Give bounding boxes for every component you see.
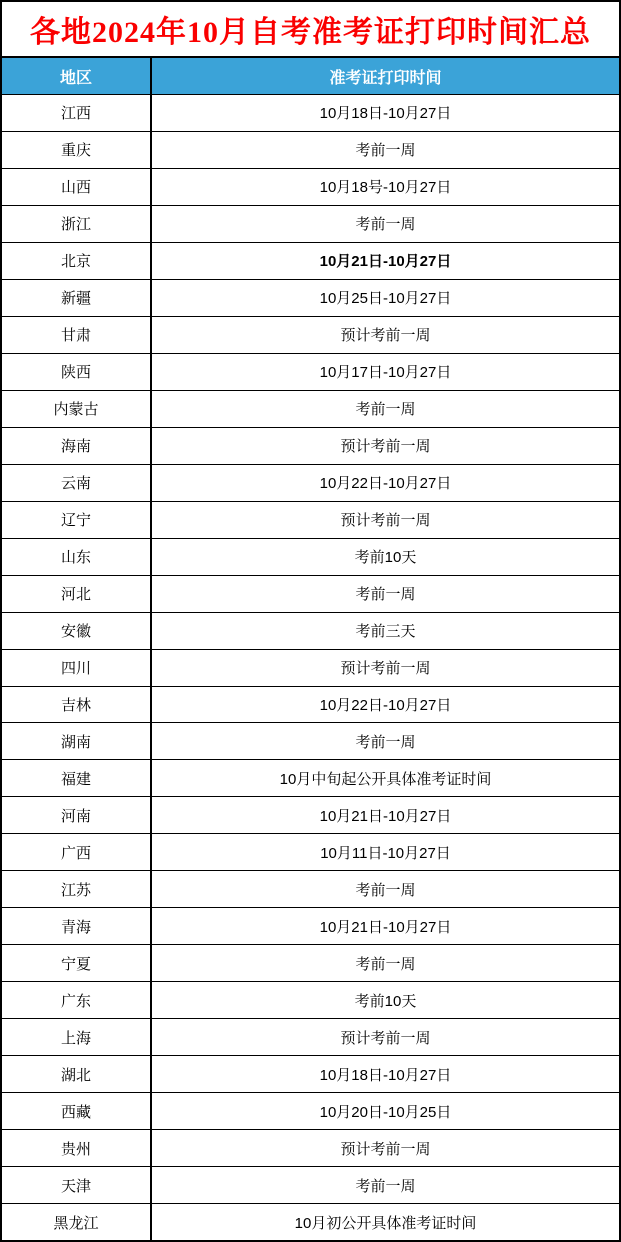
table-row: 内蒙古 考前一周	[2, 391, 619, 428]
table-row: 吉林 10月22日-10月27日	[2, 687, 619, 724]
table-row: 青海 10月21日-10月27日	[2, 908, 619, 945]
region-cell: 内蒙古	[2, 391, 152, 427]
header-cell-print-time: 准考证打印时间	[152, 58, 619, 94]
time-cell: 预计考前一周	[152, 650, 619, 686]
time-cell: 10月25日-10月27日	[152, 280, 619, 316]
time-cell: 预计考前一周	[152, 502, 619, 538]
region-cell: 云南	[2, 465, 152, 501]
table-row: 广西 10月11日-10月27日	[2, 834, 619, 871]
region-cell: 福建	[2, 760, 152, 796]
region-cell: 吉林	[2, 687, 152, 723]
region-cell: 山东	[2, 539, 152, 575]
time-cell: 10月18日-10月27日	[152, 1056, 619, 1092]
region-cell: 辽宁	[2, 502, 152, 538]
region-cell: 四川	[2, 650, 152, 686]
region-cell: 浙江	[2, 206, 152, 242]
region-cell: 山西	[2, 169, 152, 205]
table-row: 新疆 10月25日-10月27日	[2, 280, 619, 317]
time-cell: 10月21日-10月27日	[152, 797, 619, 833]
table-row: 江西 10月18日-10月27日	[2, 95, 619, 132]
page: 各地2024年10月自考准考证打印时间汇总 地区 准考证打印时间 江西 10月1…	[0, 0, 621, 1242]
region-cell: 贵州	[2, 1130, 152, 1166]
table-row: 重庆 考前一周	[2, 132, 619, 169]
time-cell: 10月11日-10月27日	[152, 834, 619, 870]
title-bar: 各地2024年10月自考准考证打印时间汇总	[2, 2, 619, 56]
header-cell-region: 地区	[2, 58, 152, 94]
time-cell: 预计考前一周	[152, 428, 619, 464]
time-cell: 10月22日-10月27日	[152, 465, 619, 501]
time-cell: 考前一周	[152, 206, 619, 242]
region-cell: 江苏	[2, 871, 152, 907]
table-row: 陕西 10月17日-10月27日	[2, 354, 619, 391]
region-cell: 黑龙江	[2, 1204, 152, 1240]
time-cell: 预计考前一周	[152, 1130, 619, 1166]
time-cell: 考前一周	[152, 723, 619, 759]
region-cell: 新疆	[2, 280, 152, 316]
table-row: 安徽 考前三天	[2, 613, 619, 650]
time-cell: 10月17日-10月27日	[152, 354, 619, 390]
time-cell: 预计考前一周	[152, 317, 619, 353]
time-cell: 考前一周	[152, 871, 619, 907]
table-row: 上海 预计考前一周	[2, 1019, 619, 1056]
region-cell: 广东	[2, 982, 152, 1018]
region-cell: 陕西	[2, 354, 152, 390]
table-row: 北京 10月21日-10月27日	[2, 243, 619, 280]
time-cell: 10月20日-10月25日	[152, 1093, 619, 1129]
table-row: 甘肃 预计考前一周	[2, 317, 619, 354]
time-cell: 10月18日-10月27日	[152, 95, 619, 131]
time-cell: 考前10天	[152, 982, 619, 1018]
table-row: 河南 10月21日-10月27日	[2, 797, 619, 834]
table-row: 四川 预计考前一周	[2, 650, 619, 687]
time-cell: 考前一周	[152, 1167, 619, 1203]
page-title: 各地2024年10月自考准考证打印时间汇总	[30, 7, 591, 51]
region-cell: 河南	[2, 797, 152, 833]
table-row: 云南 10月22日-10月27日	[2, 465, 619, 502]
region-cell: 北京	[2, 243, 152, 279]
table-body: 江西 10月18日-10月27日 重庆 考前一周 山西 10月18号-10月27…	[2, 95, 619, 1240]
time-cell: 10月中旬起公开具体准考证时间	[152, 760, 619, 796]
table-row: 宁夏 考前一周	[2, 945, 619, 982]
table-row: 山东 考前10天	[2, 539, 619, 576]
region-cell: 河北	[2, 576, 152, 612]
region-cell: 海南	[2, 428, 152, 464]
table-row: 湖南 考前一周	[2, 723, 619, 760]
region-cell: 甘肃	[2, 317, 152, 353]
time-cell: 10月22日-10月27日	[152, 687, 619, 723]
time-cell: 考前一周	[152, 945, 619, 981]
time-cell: 考前一周	[152, 576, 619, 612]
table-row: 天津 考前一周	[2, 1167, 619, 1204]
time-cell: 考前一周	[152, 132, 619, 168]
region-cell: 安徽	[2, 613, 152, 649]
table-header-row: 地区 准考证打印时间	[2, 58, 619, 95]
time-cell: 10月21日-10月27日	[152, 243, 619, 279]
region-cell: 宁夏	[2, 945, 152, 981]
region-cell: 天津	[2, 1167, 152, 1203]
time-cell: 10月初公开具体准考证时间	[152, 1204, 619, 1240]
region-cell: 江西	[2, 95, 152, 131]
table-row: 海南 预计考前一周	[2, 428, 619, 465]
region-cell: 湖北	[2, 1056, 152, 1092]
region-cell: 湖南	[2, 723, 152, 759]
time-cell: 10月21日-10月27日	[152, 908, 619, 944]
region-cell: 上海	[2, 1019, 152, 1055]
time-cell: 10月18号-10月27日	[152, 169, 619, 205]
table-row: 黑龙江 10月初公开具体准考证时间	[2, 1204, 619, 1240]
table-row: 广东 考前10天	[2, 982, 619, 1019]
table-row: 湖北 10月18日-10月27日	[2, 1056, 619, 1093]
table-row: 辽宁 预计考前一周	[2, 502, 619, 539]
table-row: 福建 10月中旬起公开具体准考证时间	[2, 760, 619, 797]
table-row: 河北 考前一周	[2, 576, 619, 613]
time-cell: 预计考前一周	[152, 1019, 619, 1055]
print-time-table: 地区 准考证打印时间 江西 10月18日-10月27日 重庆 考前一周 山西 1…	[2, 56, 619, 1240]
table-row: 浙江 考前一周	[2, 206, 619, 243]
region-cell: 重庆	[2, 132, 152, 168]
table-row: 西藏 10月20日-10月25日	[2, 1093, 619, 1130]
region-cell: 西藏	[2, 1093, 152, 1129]
table-row: 贵州 预计考前一周	[2, 1130, 619, 1167]
table-row: 山西 10月18号-10月27日	[2, 169, 619, 206]
time-cell: 考前三天	[152, 613, 619, 649]
table-row: 江苏 考前一周	[2, 871, 619, 908]
region-cell: 广西	[2, 834, 152, 870]
time-cell: 考前10天	[152, 539, 619, 575]
region-cell: 青海	[2, 908, 152, 944]
time-cell: 考前一周	[152, 391, 619, 427]
